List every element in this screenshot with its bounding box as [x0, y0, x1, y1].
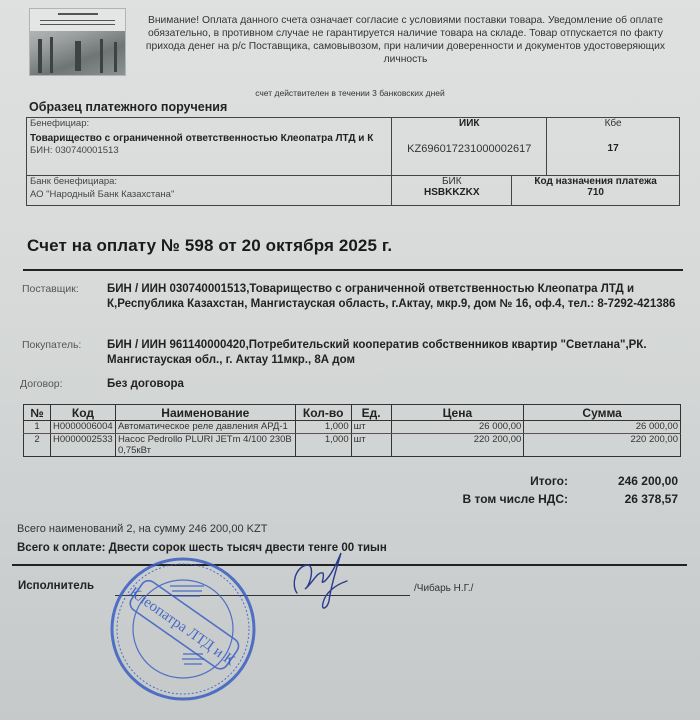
- items-count-summary: Всего наименований 2, на сумму 246 200,0…: [17, 523, 267, 535]
- item-qty: 1,000: [295, 434, 351, 457]
- bik-value: HSBKKZKX: [395, 187, 508, 198]
- purpose-code-value: 710: [515, 187, 676, 198]
- item-sum: 26 000,00: [524, 421, 681, 434]
- item-unit: шт: [351, 434, 391, 457]
- table-row: 1 H0000006004 Автоматическое реле давлен…: [24, 421, 681, 434]
- supplier-value: БИН / ИИН 030740001513,Товарищество с ог…: [107, 282, 682, 312]
- total-value: 246 200,00: [618, 474, 678, 488]
- beneficiary-label: Бенефициар:: [30, 118, 388, 129]
- col-name: Наименование: [115, 405, 295, 421]
- item-name: Автоматическое реле давления АРД-1: [115, 421, 295, 434]
- col-code: Код: [50, 405, 115, 421]
- purpose-code-cell: Код назначения платежа 710: [512, 176, 680, 206]
- iik-cell: ИИК KZ696017231000002617: [392, 118, 547, 176]
- item-qty: 1,000: [295, 421, 351, 434]
- col-sum: Сумма: [524, 405, 681, 421]
- item-name: Насос Pedrollo PLURI JETm 4/100 230В 0,7…: [115, 434, 295, 457]
- item-code: H0000002533: [50, 434, 115, 457]
- totals-block: Итого: 246 200,00 В том числе НДС: 26 37…: [380, 474, 678, 510]
- iik-label: ИИК: [395, 118, 543, 129]
- payment-order-title: Образец платежного поручения: [29, 100, 227, 114]
- supplier-label: Поставщик:: [22, 282, 79, 297]
- company-logo: [29, 8, 126, 76]
- col-price: Цена: [391, 405, 524, 421]
- total-label: Итого:: [530, 474, 568, 488]
- contract-value: Без договора: [107, 377, 184, 392]
- table-row: 2 H0000002533 Насос Pedrollo PLURI JETm …: [24, 434, 681, 457]
- invoice-title: Счет на оплату № 598 от 20 октября 2025 …: [27, 236, 392, 256]
- bank-name: АО "Народный Банк Казахстана": [30, 189, 388, 200]
- item-number: 1: [24, 421, 51, 434]
- bik-label: БИК: [395, 176, 508, 187]
- kbe-cell: Кбе 17: [547, 118, 680, 176]
- payment-notice: Внимание! Оплата данного счета означает …: [138, 14, 673, 66]
- executor-label: Исполнитель: [18, 580, 94, 592]
- item-price: 220 200,00: [391, 434, 524, 457]
- payment-order-table: Бенефициар: Товарищество с ограниченной …: [26, 117, 680, 206]
- bank-label: Банк бенефициара:: [30, 176, 388, 187]
- bank-cell: Банк бенефициара: АО "Народный Банк Каза…: [27, 176, 392, 206]
- bik-cell: БИК HSBKKZKX: [392, 176, 512, 206]
- title-divider: [23, 269, 683, 271]
- col-qty: Кол-во: [295, 405, 351, 421]
- beneficiary-bin: БИН: 030740001513: [30, 145, 388, 156]
- contract-label: Договор:: [20, 377, 63, 392]
- vat-label: В том числе НДС:: [463, 492, 568, 506]
- item-price: 26 000,00: [391, 421, 524, 434]
- buyer-block: Покупатель: БИН / ИИН 961140000420,Потре…: [22, 338, 682, 370]
- supplier-block: Поставщик: БИН / ИИН 030740001513,Товари…: [22, 282, 682, 328]
- items-header-row: № Код Наименование Кол-во Ед. Цена Сумма: [24, 405, 681, 421]
- purpose-code-label: Код назначения платежа: [515, 176, 676, 187]
- col-number: №: [24, 405, 51, 421]
- buyer-label: Покупатель:: [22, 338, 81, 353]
- company-stamp-icon: Клеопатра ЛТД и К: [108, 555, 258, 703]
- vat-value: 26 378,57: [625, 492, 678, 506]
- buyer-value: БИН / ИИН 961140000420,Потребительский к…: [107, 338, 647, 368]
- signature-scribble-icon: [285, 545, 355, 615]
- kbe-value: 17: [550, 143, 676, 154]
- col-unit: Ед.: [351, 405, 391, 421]
- item-sum: 220 200,00: [524, 434, 681, 457]
- item-code: H0000006004: [50, 421, 115, 434]
- items-table: № Код Наименование Кол-во Ед. Цена Сумма…: [23, 404, 681, 457]
- kbe-label: Кбе: [550, 118, 676, 129]
- beneficiary-name: Товарищество с ограниченной ответственно…: [30, 132, 388, 145]
- beneficiary-cell: Бенефициар: Товарищество с ограниченной …: [27, 118, 392, 176]
- signer-name: /Чибарь Н.Г./: [414, 583, 473, 594]
- contract-block: Договор: Без договора: [22, 377, 682, 393]
- item-unit: шт: [351, 421, 391, 434]
- iik-value: KZ696017231000002617: [395, 143, 543, 155]
- validity-note: счет действителен в течении 3 банковских…: [0, 88, 700, 98]
- item-number: 2: [24, 434, 51, 457]
